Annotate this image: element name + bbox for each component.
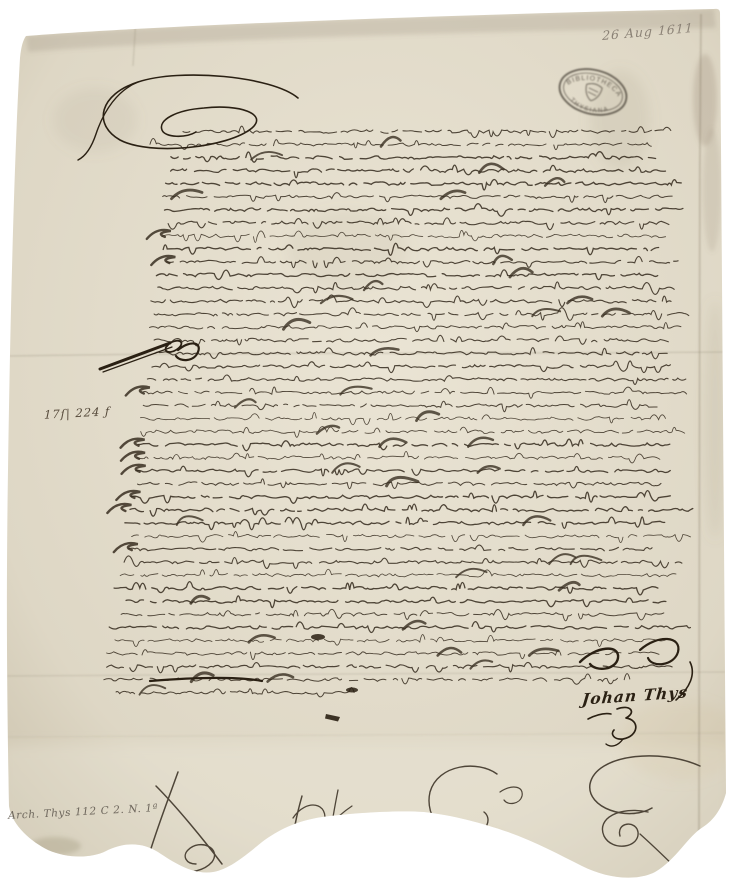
paper-canvas: BIBLIOTHECA THYSIANA	[0, 0, 731, 892]
manuscript-photo: BIBLIOTHECA THYSIANA 26 Aug 1611 17ſ| 22…	[0, 0, 731, 892]
